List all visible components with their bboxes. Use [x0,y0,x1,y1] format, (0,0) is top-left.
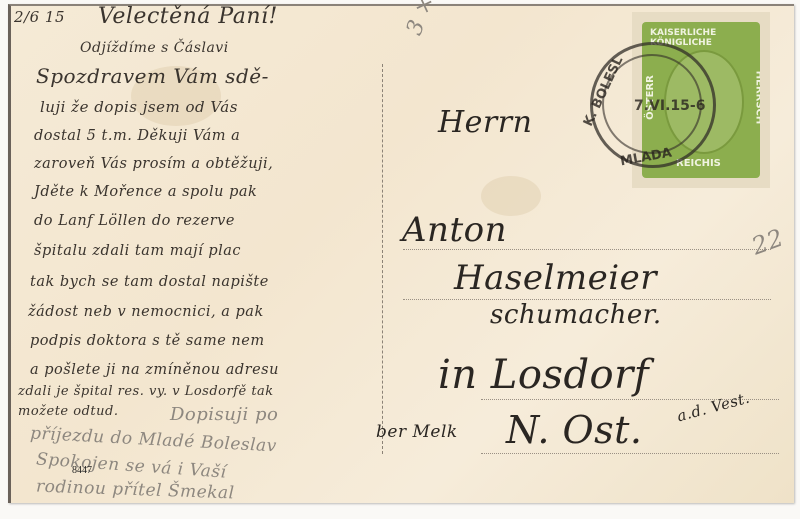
message-line: dostal 5 t.m. Děkuji Vám a [34,128,240,144]
divider-line [382,64,383,454]
message-line: zaroveň Vás prosím a obtěžuji, [34,156,273,172]
message-line: a pošlete ji na zmíněnou adresu [30,362,279,378]
pencil-line: Dopisuji po [170,404,278,425]
stamp-right-text: HERRSCH [753,71,760,125]
message-greeting: Velectěná Paní! [98,4,278,29]
message-line: do Lanf Löllen do rezerve [34,213,235,229]
postmark-date: 7.VI.15-6 [634,98,705,114]
message-line: zdali je špital res. vy. v Losdorfě tak [18,384,274,399]
address-line-4 [481,453,779,454]
message-line: Jděte k Mořence a spolu pak [34,184,257,200]
print-number: 8447 [72,465,92,476]
message-line: tak bych se tam dostal napište [30,274,269,290]
address-first-name: Anton [402,210,507,250]
address-region: N. Ost. [506,408,642,452]
message-line: špitalu zdali tam mají plac [34,243,241,259]
message-date: 2/6 15 [14,8,65,26]
message-line: žádost neb v nemocnici, a pak [28,304,264,320]
message-line: luji že dopis jsem od Vás [40,98,238,116]
address-post: ber Melk [376,422,458,442]
address-occupation: schumacher. [490,300,662,330]
message-line: Spozdravem Vám sdě- [36,64,269,88]
address-salutation: Herrn [438,105,532,140]
message-line: možete odtud. [18,404,118,419]
address-place: in Losdorf [438,352,649,398]
message-line: Odjíždíme s Čáslavi [80,40,229,56]
message-line: podpis doktora s tě same nem [30,333,265,349]
address-last-name: Haselmeier [454,258,657,298]
